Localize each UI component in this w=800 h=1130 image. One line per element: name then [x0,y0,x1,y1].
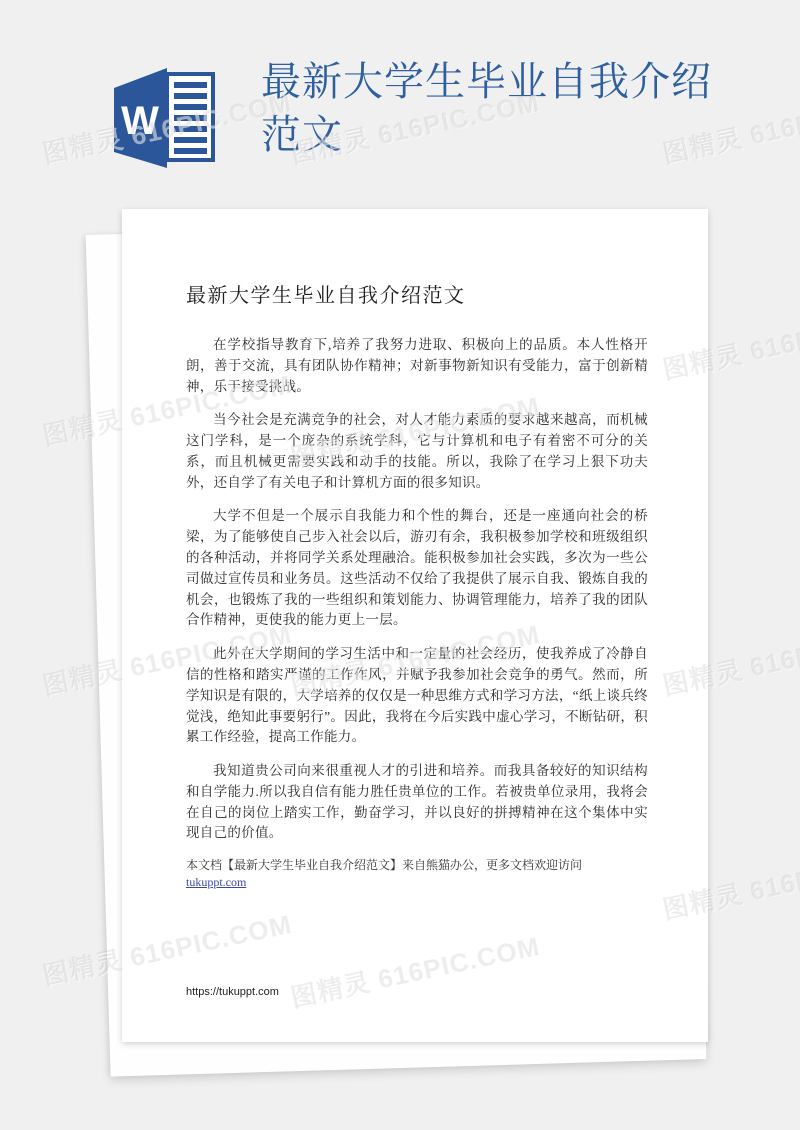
document-paragraph: 大学不但是一个展示自我能力和个性的舞台，还是一座通向社会的桥梁，为了能够使自己步… [186,506,648,631]
document-body: 在学校指导教育下,培养了我努力进取、积极向上的品质。本人性格开朗，善于交流，具有… [186,335,648,844]
document-paragraph: 在学校指导教育下,培养了我努力进取、积极向上的品质。本人性格开朗，善于交流，具有… [186,335,648,397]
source-note: 本文档【最新大学生毕业自我介绍范文】来自熊猫办公，更多文档欢迎访问 [186,857,648,873]
page-title: 最新大学生毕业自我介绍范文 [261,56,713,162]
word-icon-letter: W [121,99,159,143]
document-paragraph: 当今社会是充满竞争的社会，对人才能力素质的要求越来越高，而机械这门学科，是一个庞… [186,410,648,493]
document-page: 最新大学生毕业自我介绍范文 在学校指导教育下,培养了我努力进取、积极向上的品质。… [122,209,708,1042]
footer-url: https://tukuppt.com [186,986,279,998]
document-paragraph: 我知道贵公司向来很重视人才的引进和培养。而我具备较好的知识结构和自学能力.所以我… [186,761,648,844]
document-heading: 最新大学生毕业自我介绍范文 [186,209,648,308]
source-link[interactable]: tukuppt.com [186,875,246,890]
document-paragraph: 此外在大学期间的学习生活中和一定量的社会经历，使我养成了冷静自信的性格和踏实严谨… [186,644,648,748]
word-icon-svg: W [110,66,218,170]
word-document-icon: W [110,66,218,170]
page-background: W 最新大学生毕业自我介绍范文 最新大学生毕业自我介绍范文 在学校指导教育下,培… [0,0,800,1130]
